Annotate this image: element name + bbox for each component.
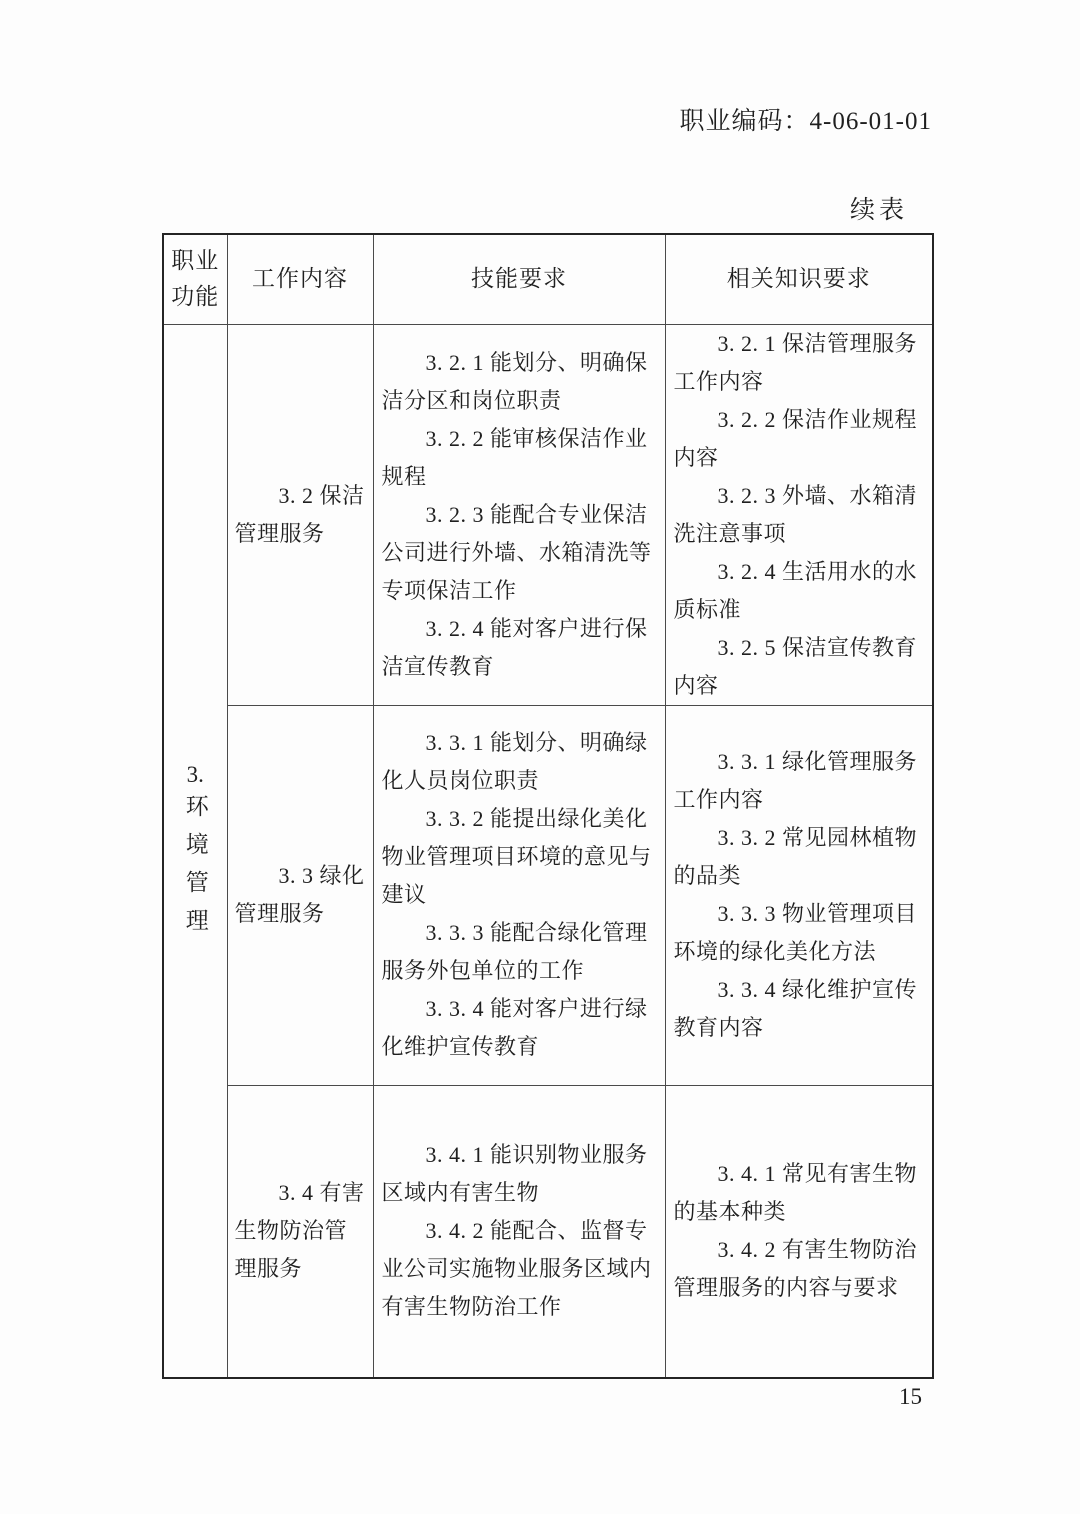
requirement-item: 3. 2. 1 保洁管理服务工作内容 <box>674 325 925 401</box>
table-row: 3. 3 绿化管理服务 3. 3. 1 能划分、明确绿化人员岗位职责3. 3. … <box>163 705 933 1085</box>
requirement-item: 3. 2. 4 能对客户进行保洁宣传教育 <box>382 610 657 686</box>
knowledge-requirements-cell: 3. 2. 1 保洁管理服务工作内容3. 2. 2 保洁作业规程内容3. 2. … <box>665 324 933 705</box>
knowledge-requirements-cell: 3. 3. 1 绿化管理服务工作内容3. 3. 2 常见园林植物的品类3. 3.… <box>665 705 933 1085</box>
requirement-item: 3. 4. 1 常见有害生物的基本种类 <box>674 1155 925 1231</box>
standards-table-container: 职业功能 工作内容 技能要求 相关知识要求 3. 环境管理 3. 2 保洁管理服… <box>162 233 932 1379</box>
requirement-item: 3. 4. 1 能识别物业服务区域内有害生物 <box>382 1136 657 1212</box>
function-label: 3. 环境管理 <box>164 756 227 946</box>
requirement-item: 3. 3. 4 绿化维护宣传教育内容 <box>674 971 925 1047</box>
requirement-item: 3. 3. 3 物业管理项目环境的绿化美化方法 <box>674 895 925 971</box>
continued-table-label: 续表 <box>850 190 908 226</box>
column-header-work-content: 工作内容 <box>227 234 373 324</box>
table-header-row: 职业功能 工作内容 技能要求 相关知识要求 <box>163 234 933 324</box>
requirement-item: 3. 4. 2 能配合、监督专业公司实施物业服务区域内有害生物防治工作 <box>382 1212 657 1326</box>
skill-requirements-cell: 3. 2. 1 能划分、明确保洁分区和岗位职责3. 2. 2 能审核保洁作业规程… <box>373 324 665 705</box>
requirement-item: 3. 2. 2 能审核保洁作业规程 <box>382 420 657 496</box>
requirement-item: 3. 2. 4 生活用水的水质标准 <box>674 553 925 629</box>
occupation-code: 职业编码：4-06-01-01 <box>680 101 932 137</box>
function-cell: 3. 环境管理 <box>163 324 227 1378</box>
requirement-item: 3. 4. 2 有害生物防治管理服务的内容与要求 <box>674 1231 925 1307</box>
requirement-item: 3. 2. 3 外墙、水箱清洗注意事项 <box>674 477 925 553</box>
skill-requirements-cell: 3. 3. 1 能划分、明确绿化人员岗位职责3. 3. 2 能提出绿化美化物业管… <box>373 705 665 1085</box>
requirement-item: 3. 3. 1 能划分、明确绿化人员岗位职责 <box>382 724 657 800</box>
requirement-item: 3. 2. 1 能划分、明确保洁分区和岗位职责 <box>382 344 657 420</box>
work-content-label: 3. 2 保洁管理服务 <box>235 477 366 553</box>
requirement-item: 3. 2. 5 保洁宣传教育内容 <box>674 629 925 705</box>
work-content-cell: 3. 3 绿化管理服务 <box>227 705 373 1085</box>
column-header-skill-requirements: 技能要求 <box>373 234 665 324</box>
column-header-knowledge-requirements: 相关知识要求 <box>665 234 933 324</box>
skill-requirements-cell: 3. 4. 1 能识别物业服务区域内有害生物3. 4. 2 能配合、监督专业公司… <box>373 1085 665 1378</box>
requirement-item: 3. 3. 3 能配合绿化管理服务外包单位的工作 <box>382 914 657 990</box>
document-page: { "page": { "code_label": "职业编码：4-06-01-… <box>0 0 1080 1514</box>
column-header-occupational-function: 职业功能 <box>163 234 227 324</box>
work-content-label: 3. 4 有害生物防治管理服务 <box>235 1174 366 1288</box>
requirement-item: 3. 3. 1 绿化管理服务工作内容 <box>674 743 925 819</box>
requirement-item: 3. 3. 4 能对客户进行绿化维护宣传教育 <box>382 990 657 1066</box>
table-row: 3. 环境管理 3. 2 保洁管理服务 3. 2. 1 能划分、明确保洁分区和岗… <box>163 324 933 705</box>
function-vertical-label: 环境管理 <box>184 794 207 946</box>
requirement-item: 3. 3. 2 能提出绿化美化物业管理项目环境的意见与建议 <box>382 800 657 914</box>
requirement-item: 3. 2. 3 能配合专业保洁公司进行外墙、水箱清洗等专项保洁工作 <box>382 496 657 610</box>
knowledge-requirements-cell: 3. 4. 1 常见有害生物的基本种类3. 4. 2 有害生物防治管理服务的内容… <box>665 1085 933 1378</box>
occupation-standards-table: 职业功能 工作内容 技能要求 相关知识要求 3. 环境管理 3. 2 保洁管理服… <box>162 233 934 1379</box>
table-row: 3. 4 有害生物防治管理服务 3. 4. 1 能识别物业服务区域内有害生物3.… <box>163 1085 933 1378</box>
work-content-cell: 3. 2 保洁管理服务 <box>227 324 373 705</box>
work-content-label: 3. 3 绿化管理服务 <box>235 857 366 933</box>
requirement-item: 3. 3. 2 常见园林植物的品类 <box>674 819 925 895</box>
requirement-item: 3. 2. 2 保洁作业规程内容 <box>674 401 925 477</box>
work-content-cell: 3. 4 有害生物防治管理服务 <box>227 1085 373 1378</box>
page-number: 15 <box>899 1384 922 1410</box>
function-number: 3. <box>187 756 204 794</box>
